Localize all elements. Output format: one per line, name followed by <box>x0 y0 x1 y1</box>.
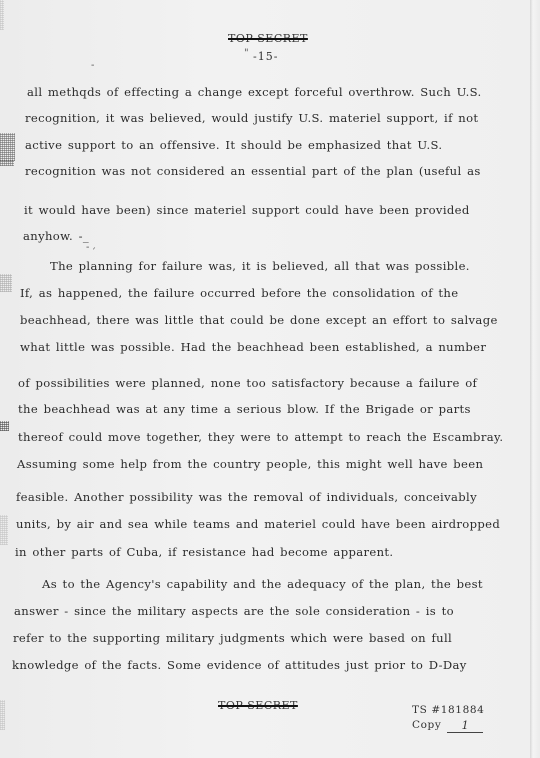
scan-artifact <box>0 421 9 431</box>
classification-marking-bottom: TOP SECRET <box>218 699 298 712</box>
text-line: recognition was not considered an essent… <box>25 164 481 178</box>
document-page: TOP SECRET " -15- - ´ - all methqds of e… <box>0 0 530 758</box>
text-line: thereof could move together, they were t… <box>18 430 503 444</box>
scan-artifact <box>0 0 4 30</box>
scan-artifact <box>0 160 14 166</box>
control-number: TS #181884 <box>412 703 484 718</box>
text-line: If, as happened, the failure occurred be… <box>20 286 458 300</box>
text-line: The planning for failure was, it is beli… <box>50 259 470 273</box>
page-number: -15- <box>253 50 278 63</box>
stray-mark: ´ <box>91 248 96 259</box>
text-line: recognition, it was believed, would just… <box>25 111 478 125</box>
text-line: As to the Agency's capability and the ad… <box>42 577 483 591</box>
text-line: refer to the supporting military judgmen… <box>13 631 452 645</box>
text-line: beachhead, there was little that could b… <box>20 313 498 327</box>
text-line: it would have been) since materiel suppo… <box>24 203 470 217</box>
scan-artifact <box>0 700 5 730</box>
scan-border <box>530 0 540 758</box>
text-line: what little was possible. Had the beachh… <box>20 340 486 354</box>
text-line: the beachhead was at any time a serious … <box>18 402 471 416</box>
classification-marking-top: TOP SECRET <box>228 32 308 45</box>
stray-mark: " <box>244 48 249 59</box>
scan-artifact <box>0 133 15 161</box>
text-line: Assuming some help from the country peop… <box>17 457 483 471</box>
stray-mark: - <box>86 242 89 253</box>
text-line: knowledge of the facts. Some evidence of… <box>12 658 467 672</box>
text-line: in other parts of Cuba, if resistance ha… <box>15 545 393 559</box>
text-line: answer - since the military aspects are … <box>14 604 454 618</box>
text-line: units, by air and sea while teams and ma… <box>16 517 500 531</box>
text-line: anyhow. -_ <box>23 229 89 243</box>
copy-row: Copy 1 <box>412 718 484 733</box>
copy-label: Copy <box>412 718 441 733</box>
text-line: active support to an offensive. It shoul… <box>25 138 442 152</box>
text-line: all methqds of effecting a change except… <box>27 85 482 99</box>
stray-mark: - <box>91 60 94 71</box>
scan-artifact <box>0 274 12 292</box>
text-line: feasible. Another possibility was the re… <box>16 490 477 504</box>
copy-number: 1 <box>447 720 483 733</box>
text-line: of possibilities were planned, none too … <box>18 376 477 390</box>
document-control-block: TS #181884 Copy 1 <box>412 703 484 733</box>
scan-artifact <box>0 515 8 545</box>
